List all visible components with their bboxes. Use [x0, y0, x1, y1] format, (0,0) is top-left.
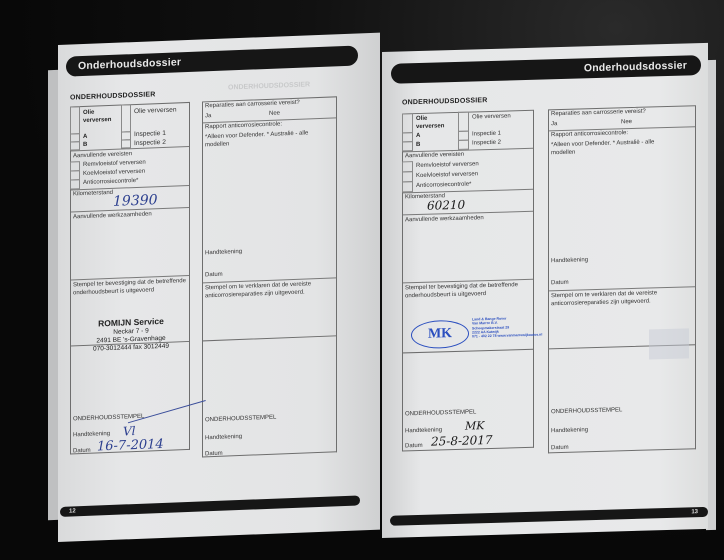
service-date: 25-8-2017	[431, 433, 493, 449]
label-reparaties: Reparaties aan carrosserie vereist?	[551, 109, 646, 118]
signature: Vl	[123, 424, 136, 438]
label-remvloeistof: Remvloeistof verversen	[83, 160, 146, 168]
label-olie-verversen: Olie verversen	[134, 106, 177, 115]
label-datum: Datum	[205, 272, 223, 279]
kilometerstand-value: 60210	[427, 198, 465, 213]
label-onderhoudsstempel: ONDERHOUDSSTEMPEL	[405, 409, 476, 417]
checkbox-inspectie-2[interactable]	[121, 139, 131, 148]
onderhoudsstempel-box-left: ONDERHOUDSSTEMPEL Handtekening Vl Datum …	[70, 340, 190, 455]
label-olie: Olie	[416, 116, 427, 122]
label-stempel-anticorrosie-2: anticorrosiereparaties zijn uitgevoerd.	[205, 290, 305, 300]
page-footer-bar: 13	[390, 507, 708, 526]
mk-stamp-text: Land & Range Rover Van Marrre B.V. Schee…	[472, 316, 542, 339]
checkbox-anticorrosie[interactable]	[402, 181, 413, 192]
label-onderhoudsstempel: ONDERHOUDSSTEMPEL	[205, 415, 276, 424]
label-a: A	[83, 134, 87, 140]
label-stempel-bevestiging-2: onderhoudsbeurt is uitgevoerd	[73, 287, 154, 296]
label-handtekening: Handtekening	[73, 431, 110, 438]
label-rapport-note-2: modellen	[551, 150, 575, 157]
label-olie-verversen: Olie verversen	[472, 113, 511, 120]
onderhoudsstempel-box-right: ONDERHOUDSSTEMPEL Handtekening Datum	[202, 334, 337, 457]
label-datum: Datum	[405, 443, 423, 449]
label-rapport: Rapport anticorrosiecontrole:	[551, 130, 628, 138]
label-handtekening: Handtekening	[405, 427, 442, 434]
carrosserie-box: Reparaties aan carrosserie vereist? Ja N…	[202, 96, 337, 341]
mk-stamp-logo: MK	[411, 320, 469, 350]
section-title: ONDERHOUDSDOSSIER	[70, 91, 155, 101]
label-rapport-note-2: modellen	[205, 141, 229, 148]
label-rapport-note: *Alleen voor Defender. * Australië - all…	[551, 139, 654, 148]
signature: MK	[465, 419, 484, 433]
stamp-line: 071 - 402 22 78 www.vanmarrewijkautos.nl	[472, 333, 542, 339]
label-aanvullende-werkzaamheden: Aanvullende werkzaamheden	[73, 211, 152, 220]
divider	[403, 189, 533, 194]
label-b: B	[416, 142, 420, 148]
label-aanvullende-werkzaamheden: Aanvullende werkzaamheden	[405, 215, 484, 223]
bleed-through-text: ONDERHOUDSDOSSIER	[228, 81, 310, 91]
label-inspectie-1: Inspectie 1	[134, 130, 166, 138]
label-rapport-note: *Alleen voor Defender. * Australië - all…	[205, 130, 308, 140]
label-onderhoudsstempel: ONDERHOUDSSTEMPEL	[551, 407, 622, 415]
label-stempel-anticorrosie-2: anticorrosiereparaties zijn uitgevoerd.	[551, 298, 651, 307]
label-ja: Ja	[551, 121, 557, 127]
label-b: B	[83, 142, 87, 148]
onderhoudsstempel-box-right: ONDERHOUDSSTEMPEL Handtekening Datum	[548, 343, 696, 453]
checkbox-anticorrosie[interactable]	[70, 179, 80, 189]
label-kilometerstand: Kilometerstand	[73, 190, 113, 198]
service-date: 16-7-2014	[97, 437, 164, 455]
label-inspectie-2: Inspectie 2	[134, 139, 166, 147]
label-anticorrosie: Anticorrosiecontrole*	[83, 178, 138, 186]
kilometerstand-value: 19390	[113, 192, 158, 210]
label-koelvloeistof: Koelvloeistof verversen	[416, 171, 478, 179]
label-nee: Nee	[269, 110, 280, 116]
label-olie: Olie	[83, 110, 94, 116]
label-verversen: verversen	[416, 123, 444, 130]
page-header-bar: Onderhoudsdossier	[391, 55, 701, 84]
service-checklist-box: Olie verversen A B Olie verversen Inspec…	[70, 102, 190, 347]
label-anticorrosie: Anticorrosiecontrole*	[416, 182, 471, 190]
label-inspectie-1: Inspectie 1	[472, 131, 501, 138]
label-stempel-bevestiging: Stempel ter bevestiging dat de betreffen…	[405, 282, 518, 291]
label-stempel-bevestiging-2: onderhoudsbeurt is uitgevoerd	[405, 291, 486, 299]
page-13: Onderhoudsdossier ONDERHOUDSDOSSIER Olie…	[382, 43, 708, 538]
checkbox-b[interactable]	[402, 141, 413, 151]
page-12: Onderhoudsdossier ONDERHOUDSDOSSIER ONDE…	[58, 33, 380, 542]
label-koelvloeistof: Koelvloeistof verversen	[83, 169, 145, 177]
service-checklist-box: Olie verversen A B Olie verversen Inspec…	[402, 110, 534, 354]
label-inspectie-2: Inspectie 2	[472, 140, 501, 147]
label-handtekening: Handtekening	[205, 249, 242, 256]
label-reparaties: Reparaties aan carrosserie vereist?	[205, 100, 300, 110]
carrosserie-box: Reparaties aan carrosserie vereist? Ja N…	[548, 105, 696, 349]
label-verversen: verversen	[83, 117, 111, 124]
label-handtekening: Handtekening	[205, 434, 242, 441]
label-handtekening: Handtekening	[551, 257, 588, 264]
section-title: ONDERHOUDSDOSSIER	[402, 97, 487, 106]
checkbox-olie-verversen[interactable]	[458, 112, 469, 132]
checkbox-b[interactable]	[70, 141, 80, 150]
label-a: A	[416, 133, 420, 139]
checkbox-olie-verversen-abbr[interactable]	[402, 113, 413, 133]
label-datum: Datum	[551, 445, 569, 451]
checkbox-olie-verversen[interactable]	[121, 104, 131, 132]
checkbox-olie-verversen-abbr[interactable]	[70, 106, 80, 134]
label-datum: Datum	[551, 280, 569, 286]
label-ja: Ja	[205, 113, 211, 119]
onderhoudsstempel-box-left: ONDERHOUDSSTEMPEL Handtekening MK Datum …	[402, 348, 534, 452]
checkbox-inspectie-2[interactable]	[458, 140, 469, 150]
label-datum: Datum	[73, 448, 91, 455]
label-nee: Nee	[621, 119, 632, 125]
label-datum: Datum	[205, 451, 223, 458]
label-remvloeistof: Remvloeistof verversen	[416, 161, 479, 169]
page-header-bar: Onderhoudsdossier	[66, 45, 358, 76]
label-aanvullende-vereisten: Aanvullende vereisten	[73, 151, 132, 159]
label-handtekening: Handtekening	[551, 427, 588, 434]
label-aanvullende-vereisten: Aanvullende vereisten	[405, 152, 464, 160]
page-footer-bar: 12	[60, 495, 360, 517]
